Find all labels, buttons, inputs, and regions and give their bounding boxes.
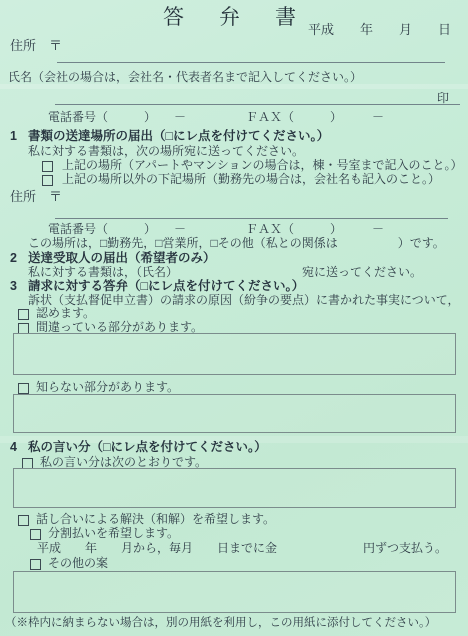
section1-number: 1: [10, 129, 17, 143]
checkbox-unknown[interactable]: [18, 383, 29, 394]
seal-label: 印: [437, 91, 449, 105]
checkbox-place-above[interactable]: [42, 161, 53, 172]
section3-intro: 訴状（支払督促申立書）の請求の原因（紛争の要点）に書かれた事実について，: [28, 293, 460, 307]
phone-fax-line-2: 電話番号（ ） － ＦＡＸ（ ） －: [48, 222, 384, 236]
form-title: 答弁書: [163, 1, 331, 31]
name-label: 氏名（会社の場合は，会社名・代表者名まで記入してください。）: [8, 70, 362, 84]
option-unknown-label: 知らない部分があります。: [36, 380, 179, 394]
option-place-above-label: 上記の場所（アパートやマンションの場合は，棟・号室まで記入のこと。）: [62, 158, 463, 172]
unknown-detail-box[interactable]: [13, 394, 456, 433]
option-place-other-label: 上記の場所以外の下記場所（勤務先の場合は，会社名も記入のこと。）: [62, 172, 440, 186]
address2-write-line[interactable]: [55, 218, 448, 219]
address-label: 住所 〒: [10, 39, 62, 53]
relation-line: この場所は，□勤務先，□営業所，□その他（私との関係は ）です。: [28, 236, 445, 250]
checkbox-installment[interactable]: [30, 529, 41, 540]
section2-body-left: 私に対する書類は，（氏名）: [28, 265, 178, 279]
option-wrong-label: 間違っている部分があります。: [36, 320, 203, 334]
section3-heading: 請求に対する答弁（□にレ点を付けてください。）: [28, 279, 304, 293]
option-settlement-label: 話し合いによる解決（和解）を希望します。: [36, 512, 275, 526]
section4-heading: 私の言い分（□にレ点を付けてください。）: [28, 440, 267, 454]
section2-heading: 送達受取人の届出（希望者のみ）: [28, 251, 216, 265]
statement-box[interactable]: [13, 468, 456, 508]
checkbox-place-other[interactable]: [42, 175, 53, 186]
answer-form-page: 答弁書 平成 年 月 日 住所 〒 氏名（会社の場合は，会社名・代表者名まで記入…: [0, 0, 468, 636]
option-statement-label: 私の言い分は次のとおりです。: [40, 455, 207, 469]
option-installment-label: 分割払いを希望します。: [48, 526, 179, 540]
payment-line-left: 平成 年 月から，毎月 日までに金: [37, 541, 277, 555]
checkbox-admit[interactable]: [18, 309, 29, 320]
section3-number: 3: [10, 279, 17, 293]
other-plan-box[interactable]: [13, 571, 456, 613]
name-write-line[interactable]: [55, 104, 460, 105]
section2-body-right: 宛に送ってください。: [302, 265, 422, 279]
section2-number: 2: [10, 251, 17, 265]
address-write-line[interactable]: [57, 62, 445, 63]
section4-number: 4: [10, 440, 17, 454]
wrong-detail-box[interactable]: [13, 333, 456, 375]
section1-intro: 私に対する書類は，次の場所宛に送ってください。: [28, 144, 304, 158]
option-admit-label: 認めます。: [36, 306, 95, 320]
address2-label: 住所 〒: [10, 190, 62, 204]
option-other-plan-label: その他の案: [48, 556, 108, 570]
checkbox-other-plan[interactable]: [30, 559, 41, 570]
payment-line-right: 円ずつ支払う。: [363, 541, 447, 555]
paper-crease: [0, 84, 468, 89]
date-line: 平成 年 月 日: [308, 23, 451, 37]
phone-fax-line: 電話番号（ ） － ＦＡＸ（ ） －: [48, 110, 384, 124]
section1-heading: 書類の送達場所の届出（□にレ点を付けてください。）: [28, 129, 329, 143]
checkbox-settlement[interactable]: [18, 515, 29, 526]
footer-note: （※枠内に納まらない場合は，別の用紙を利用し，この用紙に添付してください。）: [5, 616, 436, 630]
